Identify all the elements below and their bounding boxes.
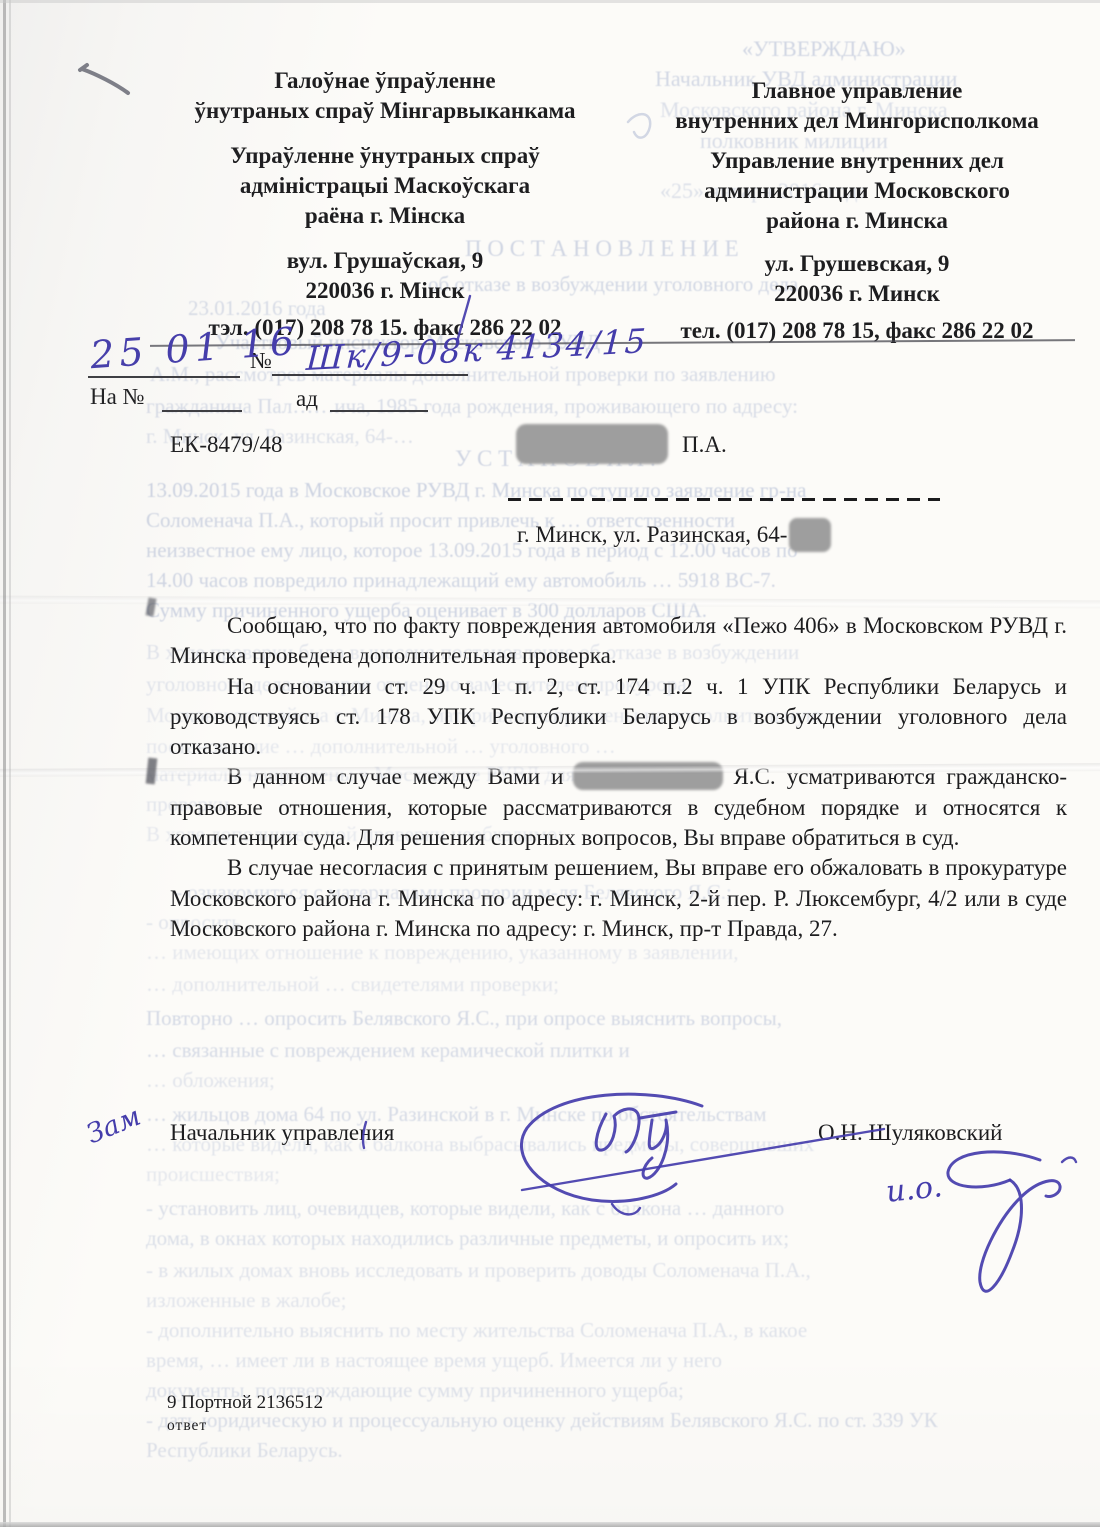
- scan-edge-left: [3, 0, 6, 1527]
- bleed-through-text: «УТВЕРЖДАЮ»: [742, 36, 906, 62]
- on-number-underline: [162, 410, 242, 412]
- bleed-through-text: … обложения;: [146, 1068, 275, 1093]
- crease-mark: [145, 597, 156, 616]
- acting-signature-accent: [1062, 1158, 1076, 1163]
- org-line: Галоўнае ўпраўленне: [150, 66, 620, 96]
- body-paragraph-4: В случае несогласия с принятым решением,…: [170, 853, 1067, 944]
- signature-loop: [521, 1094, 702, 1201]
- body-paragraph-2: На основании ст. 29 ч. 1 п. 2, ст. 174 п…: [170, 672, 1067, 763]
- org-line: Управление внутренних дел: [632, 146, 1082, 176]
- org-line: Главное управление: [632, 76, 1082, 106]
- address-line: ул. Грушевская, 9: [632, 249, 1082, 279]
- addressee-initials: П.А.: [682, 432, 727, 458]
- signatory-name: О.Н. Шуляковский: [818, 1120, 1002, 1146]
- bleed-through-text: 14.00 часов повредило принадлежащий ему …: [146, 568, 776, 593]
- bleed-through-text: - в жилых домах вновь исследовать и пров…: [146, 1258, 811, 1283]
- signature-letters-1: [596, 1109, 639, 1152]
- scan-edge-bottom: [0, 1522, 1100, 1527]
- bleed-through-text: Повторно … опросить Белявского Я.С., при…: [146, 1006, 782, 1031]
- acting-signature-tail: [980, 1180, 1060, 1291]
- letterhead-right: Главное управление внутренних дел Мингор…: [632, 76, 1082, 346]
- address-line: вул. Грушаўская, 9: [150, 246, 620, 276]
- outgoing-number: ЕК-8479/48: [170, 432, 282, 458]
- acting-signature-cap: [948, 1152, 1040, 1187]
- ad-label: ад: [296, 386, 318, 412]
- date-underline: [88, 376, 240, 378]
- signature-letters-2: [640, 1112, 676, 1178]
- address-line: 220036 г. Минск: [632, 279, 1082, 309]
- bleed-through-text: … дополнительной … свидетелями проверки;: [146, 972, 559, 997]
- body-paragraph-3: В данном случае между Вами иЯ.С. усматри…: [170, 762, 1067, 853]
- bleed-through-text: происшествия;: [146, 1162, 280, 1187]
- handwritten-acting-note: и.о.: [884, 1169, 944, 1210]
- pen-mark-top-left: [80, 65, 128, 93]
- scan-edge-top: [0, 0, 1100, 3]
- org-line: Упраўленне ўнутраных спраў: [150, 141, 620, 171]
- redaction-blob-citizen-name: [573, 762, 723, 790]
- ad-underline: [330, 410, 428, 412]
- bleed-through-text: - установить лиц, очевидцев, которые вид…: [146, 1196, 784, 1221]
- bleed-through-text: дома, в окнах которых находились различн…: [146, 1226, 789, 1251]
- org-line: адміністрацыі Маскоўскага: [150, 171, 620, 201]
- bleed-through-text: время, … имеет ли в настоящее время ущер…: [146, 1348, 722, 1373]
- handwritten-zam-note: Зам: [82, 1101, 145, 1150]
- scan-edge-left-faint: [9, 0, 11, 1527]
- redaction-blob-apartment: [789, 518, 831, 552]
- response-note: ответ: [167, 1417, 207, 1435]
- bleed-through-text: - дополнительно выяснить по месту житель…: [146, 1318, 807, 1343]
- bleed-through-text: изложенные в жалобе;: [146, 1288, 346, 1313]
- signature-flourish: [612, 1204, 640, 1214]
- fold-crease-upper: [0, 596, 1100, 609]
- redaction-blob-addressee-name: [516, 424, 668, 464]
- bleed-through-text: гражданина Пал……ича, 1985 года рождения,…: [146, 394, 798, 419]
- letterhead-left: Галоўнае ўпраўленне ўнутраных спраў Мінг…: [150, 66, 620, 343]
- bleed-through-text: … связанные с повреждением керамической …: [146, 1038, 630, 1063]
- org-line: внутренних дел Мингорисполкома: [632, 106, 1082, 136]
- crease-mark: [146, 758, 158, 785]
- org-line: администрации Московского: [632, 176, 1082, 206]
- dashed-separator: [508, 498, 940, 501]
- p3-text-before: В данном случае между Вами и: [227, 764, 563, 789]
- executor-line: 9 Портной 2136512: [167, 1392, 323, 1414]
- on-number-label: На №: [90, 384, 145, 410]
- signatory-title: Начальник управления: [170, 1120, 394, 1146]
- org-line: раёна г. Мінска: [150, 201, 620, 231]
- address-text: г. Минск, ул. Разинская, 64-: [517, 522, 787, 548]
- body-paragraph-1: Сообщаю, что по факту повреждения автомо…: [170, 611, 1067, 672]
- org-line: ўнутраных спраў Мінгарвыканкама: [150, 96, 620, 126]
- address-line: 220036 г. Мінск: [150, 276, 620, 306]
- bleed-through-text: Республики Беларусь.: [146, 1438, 343, 1463]
- org-line: района г. Минска: [632, 206, 1082, 236]
- addressee-address: г. Минск, ул. Разинская, 64-: [517, 518, 831, 552]
- scanned-letter-page: «УТВЕРЖДАЮ»Начальник УВД администрацииМо…: [0, 0, 1100, 1527]
- letter-body: Сообщаю, что по факту повреждения автомо…: [170, 611, 1067, 944]
